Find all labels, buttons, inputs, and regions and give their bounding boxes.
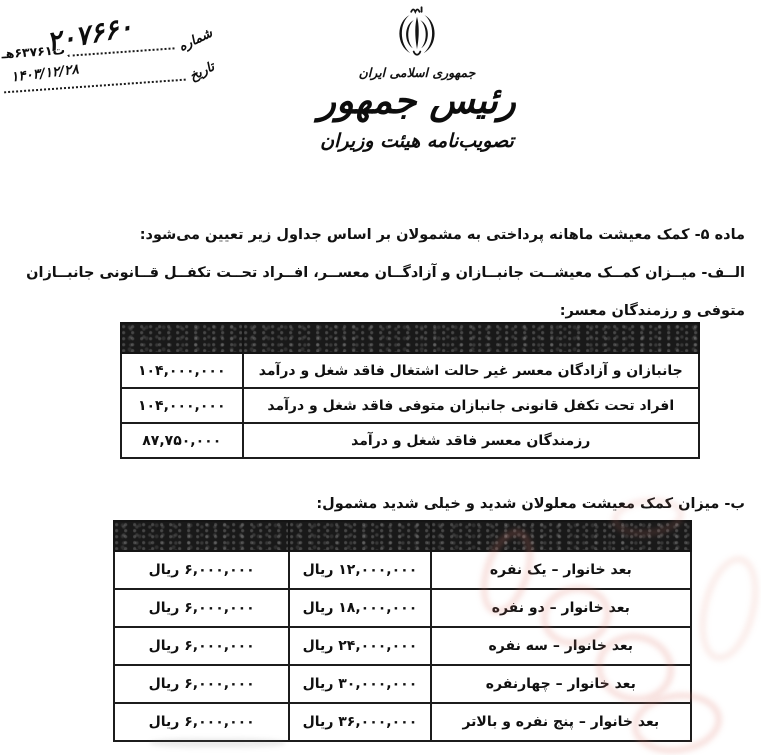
row-description: بعد خانوار – چهارنفره: [431, 665, 691, 703]
clause-a-line2: متوفی و رزمندگان معسر:: [56, 303, 745, 319]
veterans-allowance-table: جانبازان و آزادگان معسر غیر حالت اشتغال …: [120, 322, 700, 459]
row-amount: ۱۰۴,۰۰۰,۰۰۰: [121, 353, 243, 388]
table-row: بعد خانوار – چهارنفره ۳۰,۰۰۰,۰۰۰ ریال ۶,…: [114, 665, 691, 703]
date-label: تاریخ: [187, 60, 217, 85]
row-amount: ۳۶,۰۰۰,۰۰۰ ریال: [289, 703, 430, 741]
clause-b-line: ب- میزان کمک معیشت معلولان شدید و خیلی ش…: [56, 496, 745, 512]
table1-header-desc-cell: [243, 323, 700, 353]
row-supplement: ۶,۰۰۰,۰۰۰ ریال: [114, 703, 289, 741]
date-line: تاریخ ۱۴۰۳/۱۲/۲۸: [3, 55, 216, 94]
row-supplement: ۶,۰۰۰,۰۰۰ ریال: [114, 665, 289, 703]
table-row: بعد خانوار – سه نفره ۲۴,۰۰۰,۰۰۰ ریال ۶,۰…: [114, 627, 691, 665]
row-amount: ۲۴,۰۰۰,۰۰۰ ریال: [289, 627, 430, 665]
table2-header-row: [114, 521, 691, 551]
dotted-line: ۱۴۰۳/۱۲/۲۸: [3, 65, 186, 94]
table2-header-amount-cell: [289, 521, 430, 551]
clause-b-label: ب-: [724, 496, 745, 512]
row-supplement: ۶,۰۰۰,۰۰۰ ریال: [114, 627, 289, 665]
letterhead-country: جمهوری اسلامی ایران: [287, 65, 547, 80]
letterhead-office: رئیس جمهور: [287, 80, 547, 123]
registration-stamp: ۲۰۷۶۶۰ شماره ت۶۳۷۶۱هـ تاریخ ۱۴۰۳/۱۲/۲۸: [0, 23, 215, 94]
table2-header-supplement-cell: [114, 521, 289, 551]
clause-a-text: میــزان کمــک معیشــت جانبــازان و آزادگ…: [26, 265, 701, 281]
table-row: بعد خانوار – یک نفره ۱۲,۰۰۰,۰۰۰ ریال ۶,۰…: [114, 551, 691, 589]
article-5-line: ماده ۵- کمک معیشت ماهانه پرداختی به مشمو…: [56, 227, 745, 243]
table2-header-desc-cell: [431, 521, 691, 551]
row-description: رزمندگان معسر فاقد شغل و درآمد: [243, 423, 700, 458]
clause-a-label: الــف-: [701, 265, 745, 281]
number-label: شماره: [176, 26, 214, 55]
row-amount: ۱۲,۰۰۰,۰۰۰ ریال: [289, 551, 430, 589]
iran-emblem-icon: [392, 6, 442, 64]
clause-b-text: میزان کمک معیشت معلولان شدید و خیلی شدید…: [316, 496, 724, 512]
row-description: بعد خانوار – دو نفره: [431, 589, 691, 627]
article-5-label: ماده ۵-: [695, 227, 745, 243]
letterhead: جمهوری اسلامی ایران رئیس جمهور تصویب‌نام…: [287, 6, 547, 152]
article-5-text: کمک معیشت ماهانه پرداختی به مشمولان بر ا…: [140, 227, 695, 243]
table1-header-row: [121, 323, 699, 353]
pink-watermark-smear: [690, 550, 761, 667]
letterhead-doc-type: تصویب‌نامه هیئت وزیران: [287, 130, 547, 152]
handwritten-date: ۱۴۰۳/۱۲/۲۸: [10, 61, 79, 85]
disabled-allowance-table: بعد خانوار – یک نفره ۱۲,۰۰۰,۰۰۰ ریال ۶,۰…: [113, 520, 692, 742]
row-amount: ۳۰,۰۰۰,۰۰۰ ریال: [289, 665, 430, 703]
row-supplement: ۶,۰۰۰,۰۰۰ ریال: [114, 589, 289, 627]
row-amount: ۱۰۴,۰۰۰,۰۰۰: [121, 388, 243, 423]
table-row: رزمندگان معسر فاقد شغل و درآمد ۸۷,۷۵۰,۰۰…: [121, 423, 699, 458]
row-amount: ۱۸,۰۰۰,۰۰۰ ریال: [289, 589, 430, 627]
scanned-decree-page: ۲۰۷۶۶۰ شماره ت۶۳۷۶۱هـ تاریخ ۱۴۰۳/۱۲/۲۸: [0, 0, 761, 755]
table-row: افراد تحت تکفل قانونی جانبازان متوفی فاق…: [121, 388, 699, 423]
table-row: جانبازان و آزادگان معسر غیر حالت اشتغال …: [121, 353, 699, 388]
row-description: بعد خانوار – یک نفره: [431, 551, 691, 589]
table-row: بعد خانوار – پنج نفره و بالاتر ۳۶,۰۰۰,۰۰…: [114, 703, 691, 741]
row-description: افراد تحت تکفل قانونی جانبازان متوفی فاق…: [243, 388, 700, 423]
table1-header-amount-cell: [121, 323, 243, 353]
row-description: بعد خانوار – پنج نفره و بالاتر: [431, 703, 691, 741]
table-row: بعد خانوار – دو نفره ۱۸,۰۰۰,۰۰۰ ریال ۶,۰…: [114, 589, 691, 627]
row-description: بعد خانوار – سه نفره: [431, 627, 691, 665]
row-amount: ۸۷,۷۵۰,۰۰۰: [121, 423, 243, 458]
row-description: جانبازان و آزادگان معسر غیر حالت اشتغال …: [243, 353, 700, 388]
clause-a-line1: الــف- میــزان کمــک معیشــت جانبــازان …: [56, 265, 745, 281]
row-supplement: ۶,۰۰۰,۰۰۰ ریال: [114, 551, 289, 589]
